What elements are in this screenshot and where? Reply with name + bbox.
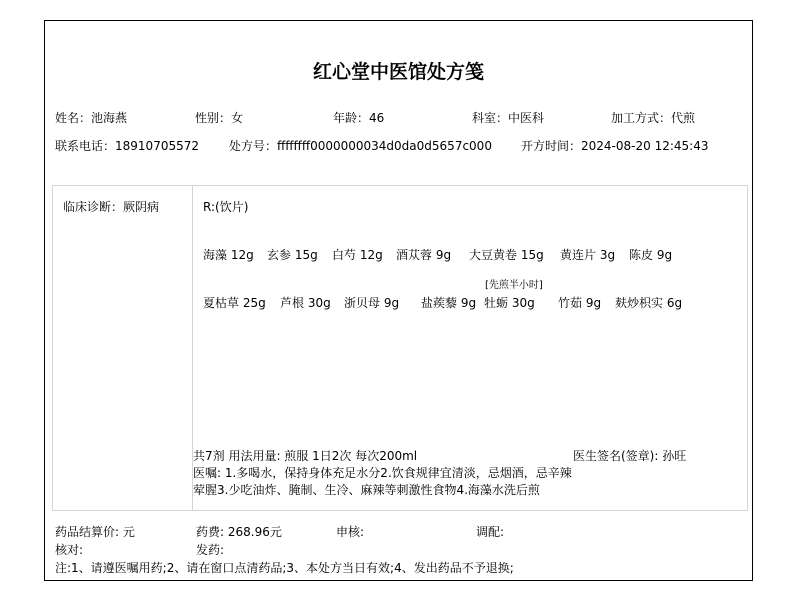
rx-number-label: 处方号： [229,139,277,153]
herb-name: 大豆黄卷 [469,248,517,262]
patient-gender: 女 [231,111,243,125]
herb-item: 黄连片 3g [560,246,615,263]
rx-number: ffffffff0000000034d0da0d5657c000 [277,139,492,153]
herb-dose: 9g [586,296,601,310]
patient-age-field: 年龄：46 [333,109,384,126]
herb-dose: 9g [461,296,476,310]
diagnosis-value: 厥阴病 [123,200,159,214]
rx-time: 2024-08-20 12:45:43 [581,139,708,153]
patient-age: 46 [369,111,384,125]
herb-item: 陈皮 9g [629,246,672,263]
phone-number: 18910705572 [115,139,199,153]
doctor-signature-label: 医生签名(签章): [573,449,662,463]
rx-number-field: 处方号：ffffffff0000000034d0da0d5657c000 [229,137,492,154]
herb-dose: 12g [231,248,254,262]
herb-name: 夏枯草 [203,296,239,310]
herb-name: 浙贝母 [344,296,380,310]
herb-dose: 25g [243,296,266,310]
process-method-field: 加工方式：代煎 [611,109,695,126]
phone-field: 联系电话：18910705572 [55,137,199,154]
herb-name: 麸炒枳实 [615,296,663,310]
herb-dose: 9g [657,248,672,262]
herb-item: 牡蛎 30g [484,294,535,311]
process-method-label: 加工方式： [611,111,671,125]
herb-name: 海藻 [203,248,227,262]
patient-name-field: 姓名：池海燕 [55,109,127,126]
herb-dose: 15g [295,248,318,262]
herb-dose: 30g [308,296,331,310]
herb-dose: 30g [512,296,535,310]
herb-name: 陈皮 [629,248,653,262]
herb-name: 黄连片 [560,248,596,262]
phone-label: 联系电话： [55,139,115,153]
medical-advice: 医嘱: 1.多喝水，保持身体充足水分2.饮食规律宜清淡，忌烟酒，忌辛辣荤腥3.少… [193,465,578,499]
herb-item: 浙贝母 9g [344,294,399,311]
patient-age-label: 年龄： [333,111,369,125]
rx-type: R:(饮片) [203,198,248,215]
herb-dose: 9g [384,296,399,310]
check-field: 核对: [55,541,83,558]
department-field: 科室：中医科 [472,109,544,126]
patient-gender-field: 性别：女 [195,109,243,126]
process-method: 代煎 [671,111,695,125]
herb-item: 大豆黄卷 15g [469,246,544,263]
doctor-name: 孙旺 [662,449,686,463]
herb-name: 酒苁蓉 [396,248,432,262]
rx-time-field: 开方时间：2024-08-20 12:45:43 [521,137,708,154]
drug-fee: 药费: 268.96元 [196,523,282,540]
patient-name-label: 姓名： [55,111,91,125]
herb-name: 白芍 [332,248,356,262]
herb-name: 玄参 [267,248,291,262]
review-field: 申核: [336,523,364,540]
herb-dose: 3g [600,248,615,262]
herb-dose: 12g [360,248,383,262]
prescription-sheet: 红心堂中医馆处方笺 姓名：池海燕 性别：女 年龄：46 科室：中医科 加工方式：… [44,20,753,581]
patient-name: 池海燕 [91,111,127,125]
herb-item: 酒苁蓉 9g [396,246,451,263]
herb-item: 芦根 30g [280,294,331,311]
herb-item: 玄参 15g [267,246,318,263]
page-title: 红心堂中医馆处方笺 [45,57,752,84]
patient-gender-label: 性别： [195,111,231,125]
settle-price: 药品结算价: 元 [55,523,135,540]
herb-name: 芦根 [280,296,304,310]
herb-item: 竹茹 9g [558,294,601,311]
herb-dose: 6g [667,296,682,310]
department: 中医科 [508,111,544,125]
herb-item: 夏枯草 25g [203,294,266,311]
herb-dose: 9g [436,248,451,262]
herb-dose: 15g [521,248,544,262]
herb-item: 海藻 12g [203,246,254,263]
prescription-box: 临床诊断：厥阴病 R:(饮片) 海藻 12g 玄参 15g 白芍 12g 酒苁蓉… [52,185,748,511]
doctor-signature: 医生签名(签章): 孙旺 [573,447,686,464]
diagnosis-label: 临床诊断： [63,200,123,214]
herb-item: 盐蒺藜 9g [421,294,476,311]
herb-item: 麸炒枳实 6g [615,294,682,311]
herb-name: 盐蒺藜 [421,296,457,310]
herb-item: 白芍 12g [332,246,383,263]
usage-instructions: 共7剂 用法用量: 煎服 1日2次 每次200ml [193,447,417,464]
dispense-field: 调配: [476,523,504,540]
diagnosis-column: 临床诊断：厥阴病 [53,186,193,510]
department-label: 科室： [472,111,508,125]
herb-name: 竹茹 [558,296,582,310]
herb-note: [先煎半小时] [485,276,543,291]
rx-time-label: 开方时间： [521,139,581,153]
diagnosis: 临床诊断：厥阴病 [63,198,159,215]
prescription-column: R:(饮片) 海藻 12g 玄参 15g 白芍 12g 酒苁蓉 9g 大豆黄卷 … [193,186,747,510]
issue-field: 发药: [196,541,224,558]
footer-note-text: 注:1、请遵医嘱用药;2、请在窗口点清药品;3、本处方当日有效;4、发出药品不予… [55,559,514,576]
herb-name: 牡蛎 [484,296,508,310]
